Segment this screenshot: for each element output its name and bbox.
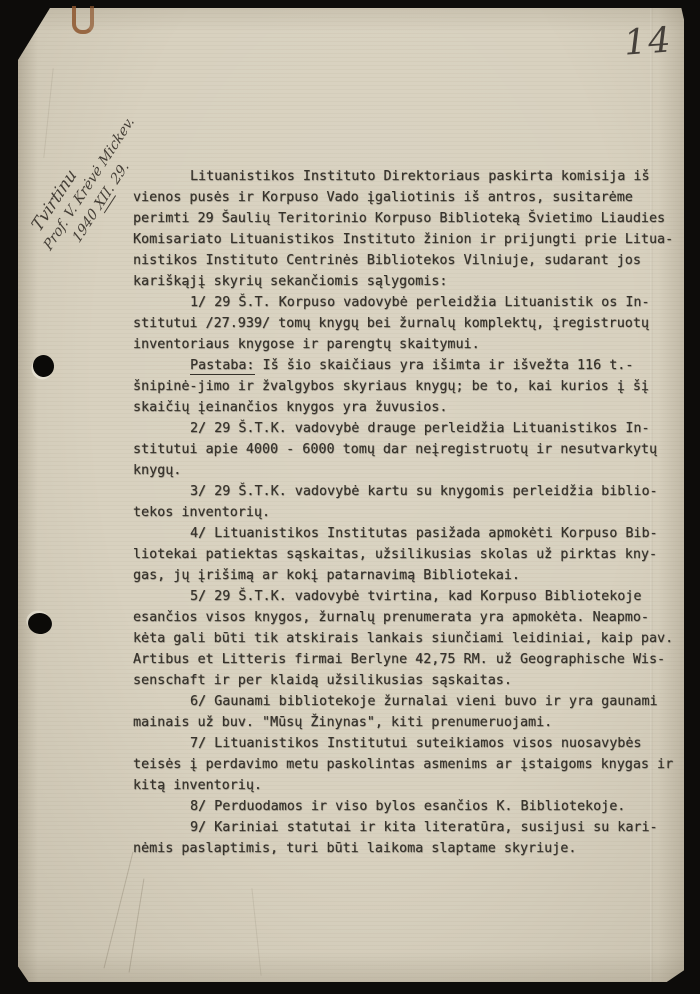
typed-line: skaičių įeinančios knygos yra žuvusios. [133, 397, 689, 418]
typed-line: 6/ Gaunami bibliotekoje žurnalai vieni b… [133, 691, 689, 712]
paper-scratch [103, 852, 133, 969]
typed-line: 3/ 29 Š.T.K. vadovybė kartu su knygomis … [133, 481, 689, 502]
typed-line: šnipinė-jimo ir žvalgybos skyriaus knygų… [133, 376, 689, 397]
typed-line: Lituanistikos Instituto Direktoriaus pas… [133, 166, 689, 187]
scan-background: Lituanistikos Instituto Direktoriaus pas… [0, 0, 700, 994]
typed-line: inventoriaus knygose ir parengtų skaitym… [133, 334, 689, 355]
typed-line: Komisariato Lituanistikos Instituto žini… [133, 229, 689, 250]
typed-line: liotekai patiektas sąskaitas, užsilikusi… [133, 544, 689, 565]
paper-scratch [43, 68, 53, 158]
typed-line: 8/ Perduodamos ir viso bylos esančios K.… [133, 796, 689, 817]
typed-line: Artibus et Litteris firmai Berlyne 42,75… [133, 649, 689, 670]
typed-line: gas, jų įrišimą ar kokį patarnavimą Bibl… [133, 565, 689, 586]
typed-line: nistikos Instituto Centrinės Bibliotekos… [133, 250, 689, 271]
typed-line: 4/ Lituanistikos Institutas pasižada apm… [133, 523, 689, 544]
paper-scratch [129, 879, 145, 973]
paperclip-rust-mark-icon [72, 6, 94, 34]
paper-scratch [251, 888, 261, 976]
typed-line: 7/ Lituanistikos Institutui suteikiamos … [133, 733, 689, 754]
typed-line: senschaft ir per klaidą užsilikusias sąs… [133, 670, 689, 691]
typed-text-body: Lituanistikos Instituto Direktoriaus pas… [133, 166, 689, 859]
typed-line: mainais už buv. "Mūsų Žinynas", kiti pre… [133, 712, 689, 733]
typed-line: 1/ 29 Š.T. Korpuso vadovybė perleidžia L… [133, 292, 689, 313]
typed-line: perimti 29 Šaulių Teritorinio Korpuso Bi… [133, 208, 689, 229]
typed-line: esančios visos knygos, žurnalų prenumera… [133, 607, 689, 628]
typed-line: teisės į perdavimo metu paskolintas asme… [133, 754, 689, 775]
typed-line: knygų. [133, 460, 689, 481]
typed-line: stitutui apie 4000 - 6000 tomų dar neįre… [133, 439, 689, 460]
typed-line: tekos inventorių. [133, 502, 689, 523]
typed-line: nėmis paslaptimis, turi būti laikoma sla… [133, 838, 689, 859]
typed-line: 9/ Kariniai statutai ir kita literatūra,… [133, 817, 689, 838]
typed-line: kitą inventorių. [133, 775, 689, 796]
typed-line: stitutui /27.939/ tomų knygų bei žurnalų… [133, 313, 689, 334]
typed-line: kėta gali būti tik atskirais lankais siu… [133, 628, 689, 649]
hole-punch [27, 611, 54, 635]
typed-line: 2/ 29 Š.T.K. vadovybė drauge perleidžia … [133, 418, 689, 439]
typed-line: vienos pusės ir Korpuso Vado įgaliotinis… [133, 187, 689, 208]
typed-line: kariškąjį skyrių sekančiomis sąlygomis: [133, 271, 689, 292]
typed-line: 5/ 29 Š.T.K. vadovybė tvirtina, kad Korp… [133, 586, 689, 607]
typed-line: Pastaba: Iš šio skaičiaus yra išimta ir … [133, 355, 689, 376]
underlined-word: Pastaba: [190, 358, 255, 375]
page-number: 14 [623, 20, 674, 63]
hole-punch [31, 353, 57, 379]
